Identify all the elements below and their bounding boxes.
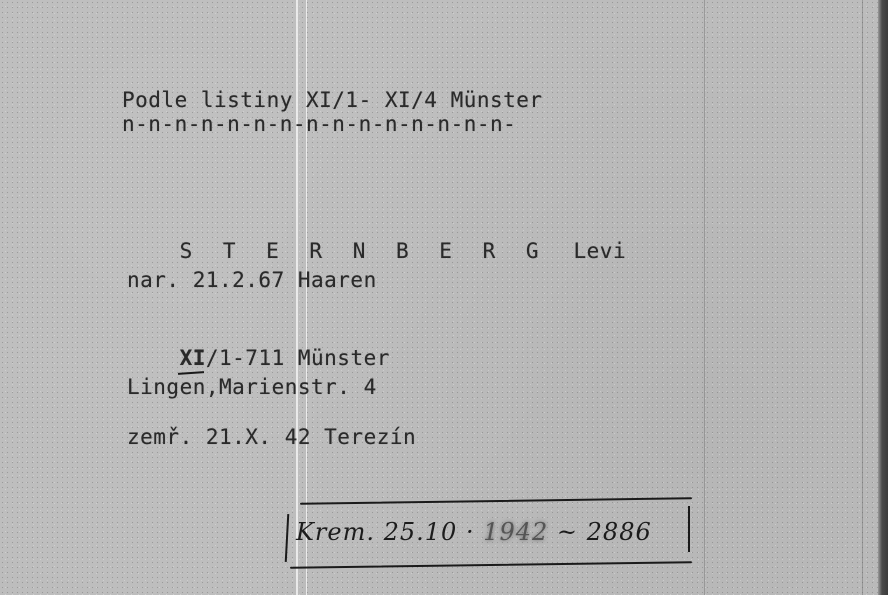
cremation-number: ~ 2886 [548,518,651,546]
transport-rest: /1-711 Münster [206,346,390,370]
cremation-date: Krem. 25.10 · [296,518,483,546]
ink-bar-right [688,506,690,552]
paper-crease [862,0,863,595]
paper-crease [704,0,705,595]
transport-prefix: XI [180,346,206,370]
birth-info: nar. 21.2.67 Haaren [127,268,377,292]
card-edge-shadow [878,0,888,595]
cremation-year: 1942 [483,518,548,546]
handwritten-annotation: Krem. 25.10 · 1942 ~ 2886 [282,490,694,580]
surname: S T E R N B E R G [180,239,548,263]
cremation-note: Krem. 25.10 · 1942 ~ 2886 [296,518,652,546]
header-underline: n-n-n-n-n-n-n-n-n-n-n-n-n-n-n- [122,112,516,136]
death-info: zemř. 21.X. 42 Terezín [127,425,416,449]
source-list-header: Podle listiny XI/1- XI/4 Münster [122,88,543,112]
address: Lingen,Marienstr. 4 [127,375,377,399]
index-card: Podle listiny XI/1- XI/4 Münster n-n-n-n… [0,0,878,595]
ink-line-top [300,497,692,504]
given-name: Levi [574,239,627,263]
ink-line-bottom [290,561,692,569]
ink-bar-left [285,514,290,562]
